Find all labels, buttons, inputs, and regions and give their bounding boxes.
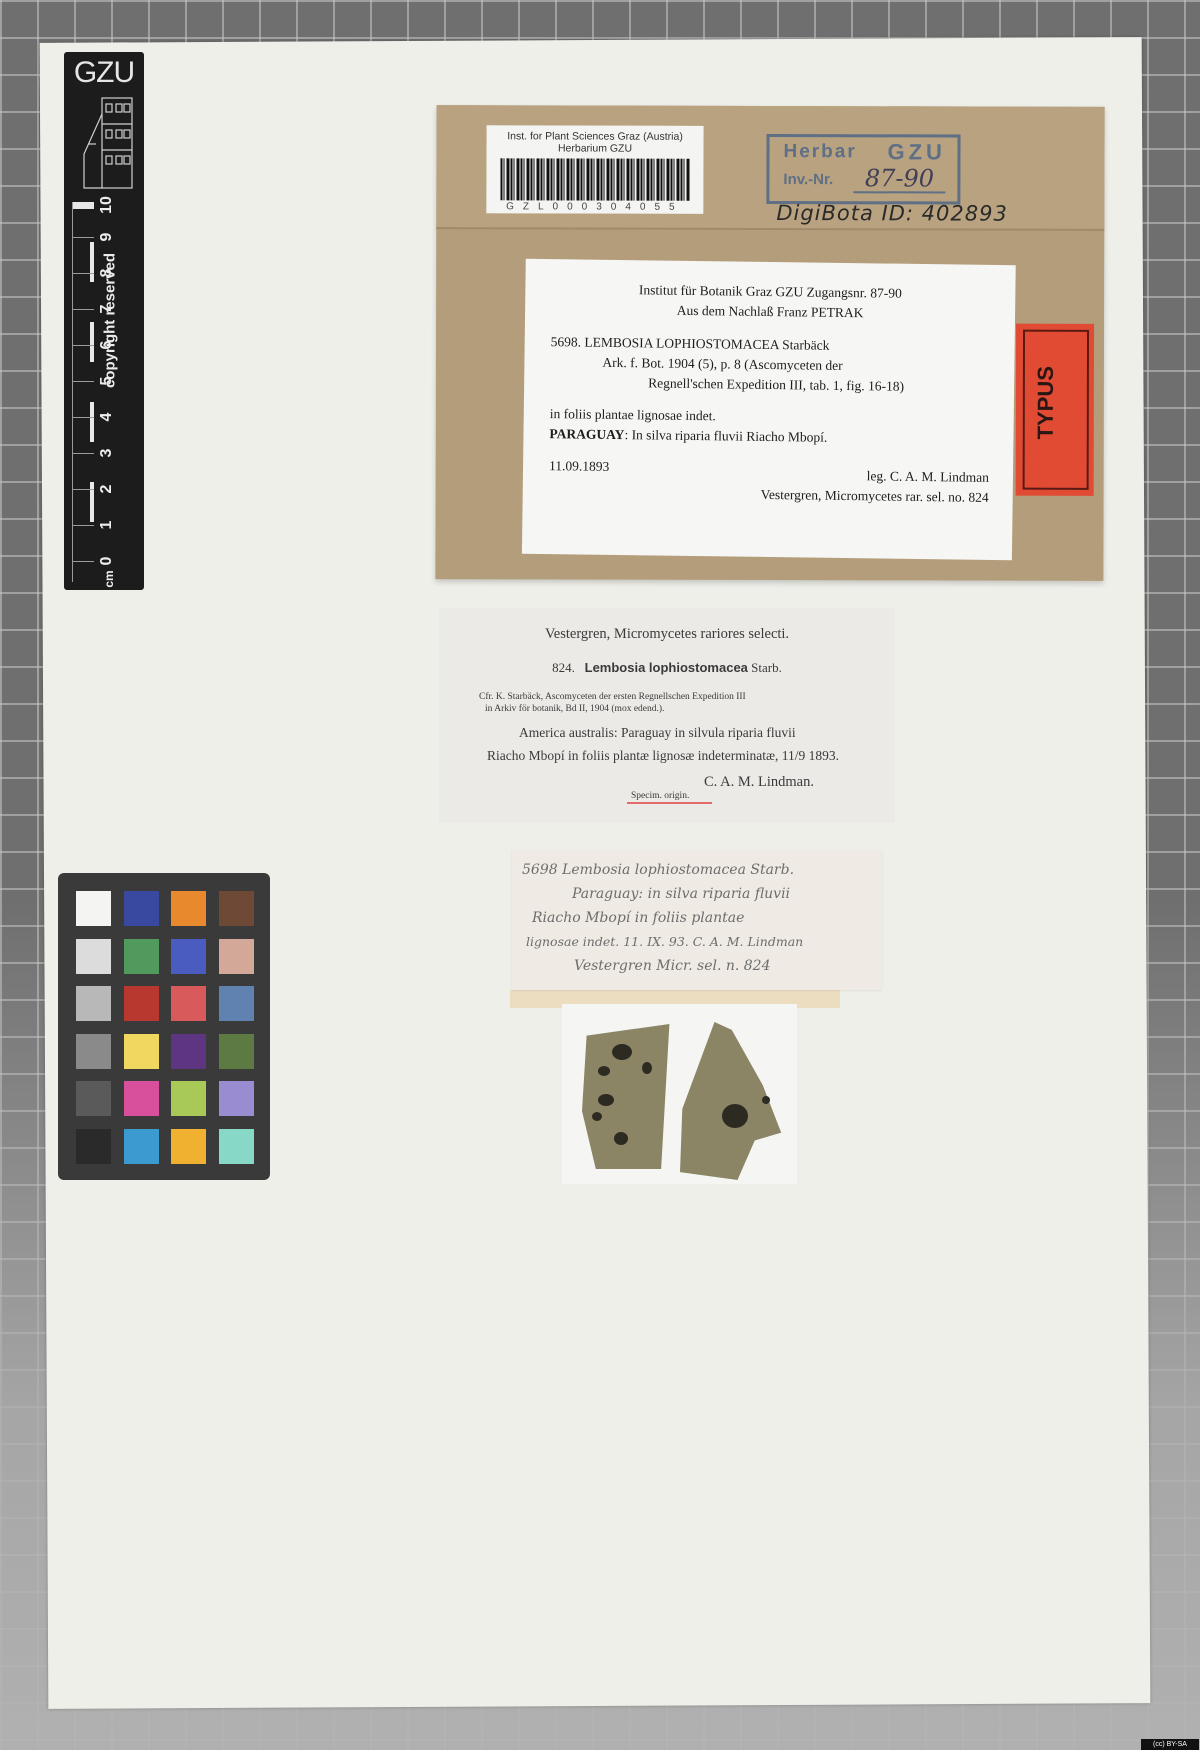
copyright-notice: copyright reserved [102, 231, 119, 411]
color-swatch [76, 1129, 111, 1164]
label-collector: leg. C. A. M. Lindman [867, 466, 990, 488]
scale-ruler: GZU 0 1 2 3 4 5 6 7 8 9 10 cm copyright … [64, 52, 144, 590]
ruler-tick-0: 0 [98, 552, 116, 570]
note-line-5: Vestergren Micr. sel. n. 824 [574, 958, 771, 974]
printed-taxon: Lembosia lophiostomacea [585, 660, 748, 675]
color-swatch [171, 891, 206, 926]
color-swatch [171, 1129, 206, 1164]
type-label: TYPUS [1016, 324, 1094, 496]
printed-title: Vestergren, Micromycetes rariores select… [439, 626, 895, 643]
printed-locality-1: America australis: Paraguay in silvula r… [519, 725, 796, 741]
herbarium-stamp: Herbar GZU Inv.-Nr. 87-90 [766, 134, 960, 205]
ruler-unit: cm [102, 570, 116, 588]
stamp-inv-label: Inv.-Nr. [783, 171, 833, 188]
printed-collector: C. A. M. Lindman. [704, 774, 814, 791]
printed-author: Starb. [751, 660, 782, 675]
color-swatch [171, 939, 206, 974]
digibota-id: DigiBota ID: 402893 [776, 201, 1008, 226]
red-underline [627, 802, 712, 804]
ruler-institution: GZU [64, 56, 144, 90]
printed-citation-2: in Arkiv för botanik, Bd II, 1904 (mox e… [485, 704, 664, 714]
note-line-3: Riacho Mbopí in foliis plantae [532, 910, 744, 926]
main-label: Institut für Botanik Graz GZU Zugangsnr.… [522, 259, 1016, 560]
color-swatch [124, 939, 159, 974]
color-swatch [124, 891, 159, 926]
printed-specimen-note: Specim. origin. [631, 791, 689, 801]
label-country: PARAGUAY [549, 426, 624, 442]
printed-number: 824. [552, 660, 575, 675]
label-exsiccata: Vestergren, Micromycetes rar. sel. no. 8… [760, 485, 988, 508]
color-swatch [171, 1081, 206, 1116]
color-swatch [219, 1034, 254, 1069]
specimen-card [562, 1004, 797, 1184]
color-swatch [124, 986, 159, 1021]
color-swatch [219, 1129, 254, 1164]
specimen-packet: Inst. for Plant Sciences Graz (Austria) … [435, 105, 1104, 581]
color-swatch [219, 939, 254, 974]
handwritten-note: 5698 Lembosia lophiostomacea Starb. Para… [512, 850, 882, 990]
label-reference-2: Regnell'schen Expedition III, tab. 1, fi… [648, 373, 904, 396]
ruler-tick-2: 2 [98, 480, 116, 498]
license-badge: (cc) BY-SA [1141, 1739, 1199, 1750]
label-reference-1: Ark. f. Bot. 1904 (5), p. 8 (Ascomyceten… [602, 353, 843, 376]
leaf-fragment-right [680, 1022, 795, 1180]
color-swatch [124, 1081, 159, 1116]
color-swatch [124, 1034, 159, 1069]
color-swatch [76, 1034, 111, 1069]
ruler-tick-3: 3 [98, 444, 116, 462]
color-swatch [171, 986, 206, 1021]
color-swatch [76, 986, 111, 1021]
barcode-institution: Inst. for Plant Sciences Graz (Austria) [487, 130, 704, 143]
printed-exsiccata-label: Vestergren, Micromycetes rariores select… [439, 608, 895, 823]
stamp-inventory-number: 87-90 [853, 165, 945, 193]
label-habitat: in foliis plantae lignosae indet. [550, 404, 716, 426]
color-calibration-chart [58, 873, 270, 1180]
barcode-icon [500, 158, 690, 200]
ruler-tick-1: 1 [98, 516, 116, 534]
label-locality: PARAGUAY: In silva riparia fluvii Riacho… [549, 424, 827, 448]
label-locality-text: : In silva riparia fluvii Riacho Mbopí. [624, 427, 827, 445]
color-swatch [76, 1081, 111, 1116]
color-swatch [219, 986, 254, 1021]
color-swatch [219, 891, 254, 926]
label-taxon: 5698. LEMBOSIA LOPHIOSTOMACEA Starbäck [551, 332, 830, 356]
ruler-tick-4: 4 [98, 408, 116, 426]
type-label-text: TYPUS [1033, 333, 1059, 473]
barcode-herbarium: Herbarium GZU [486, 142, 703, 155]
ruler-tick-10: 10 [98, 196, 116, 214]
color-swatch [124, 1129, 159, 1164]
barcode-number: GZL000304055 [486, 201, 703, 213]
barcode-label: Inst. for Plant Sciences Graz (Austria) … [486, 125, 703, 214]
printed-taxon-line: 824. Lembosia lophiostomacea Starb. [439, 660, 895, 676]
printed-citation-1: Cfr. K. Starbäck, Ascomyceten der ersten… [479, 692, 746, 702]
color-swatch [76, 939, 111, 974]
note-line-2: Paraguay: in silva riparia fluvii [572, 886, 790, 902]
label-date: 11.09.1893 [549, 456, 610, 477]
printed-locality-2: Riacho Mbopí in foliis plantæ lignosæ in… [487, 748, 839, 764]
note-line-1: 5698 Lembosia lophiostomacea Starb. [522, 862, 794, 878]
stamp-gzu: GZU [887, 139, 946, 165]
color-swatch [76, 891, 111, 926]
color-swatch [219, 1081, 254, 1116]
note-line-4: lignosae indet. 11. IX. 93. C. A. M. Lin… [526, 934, 803, 949]
stamp-herbar: Herbar [783, 141, 856, 163]
building-icon [80, 94, 136, 192]
color-swatch [171, 1034, 206, 1069]
